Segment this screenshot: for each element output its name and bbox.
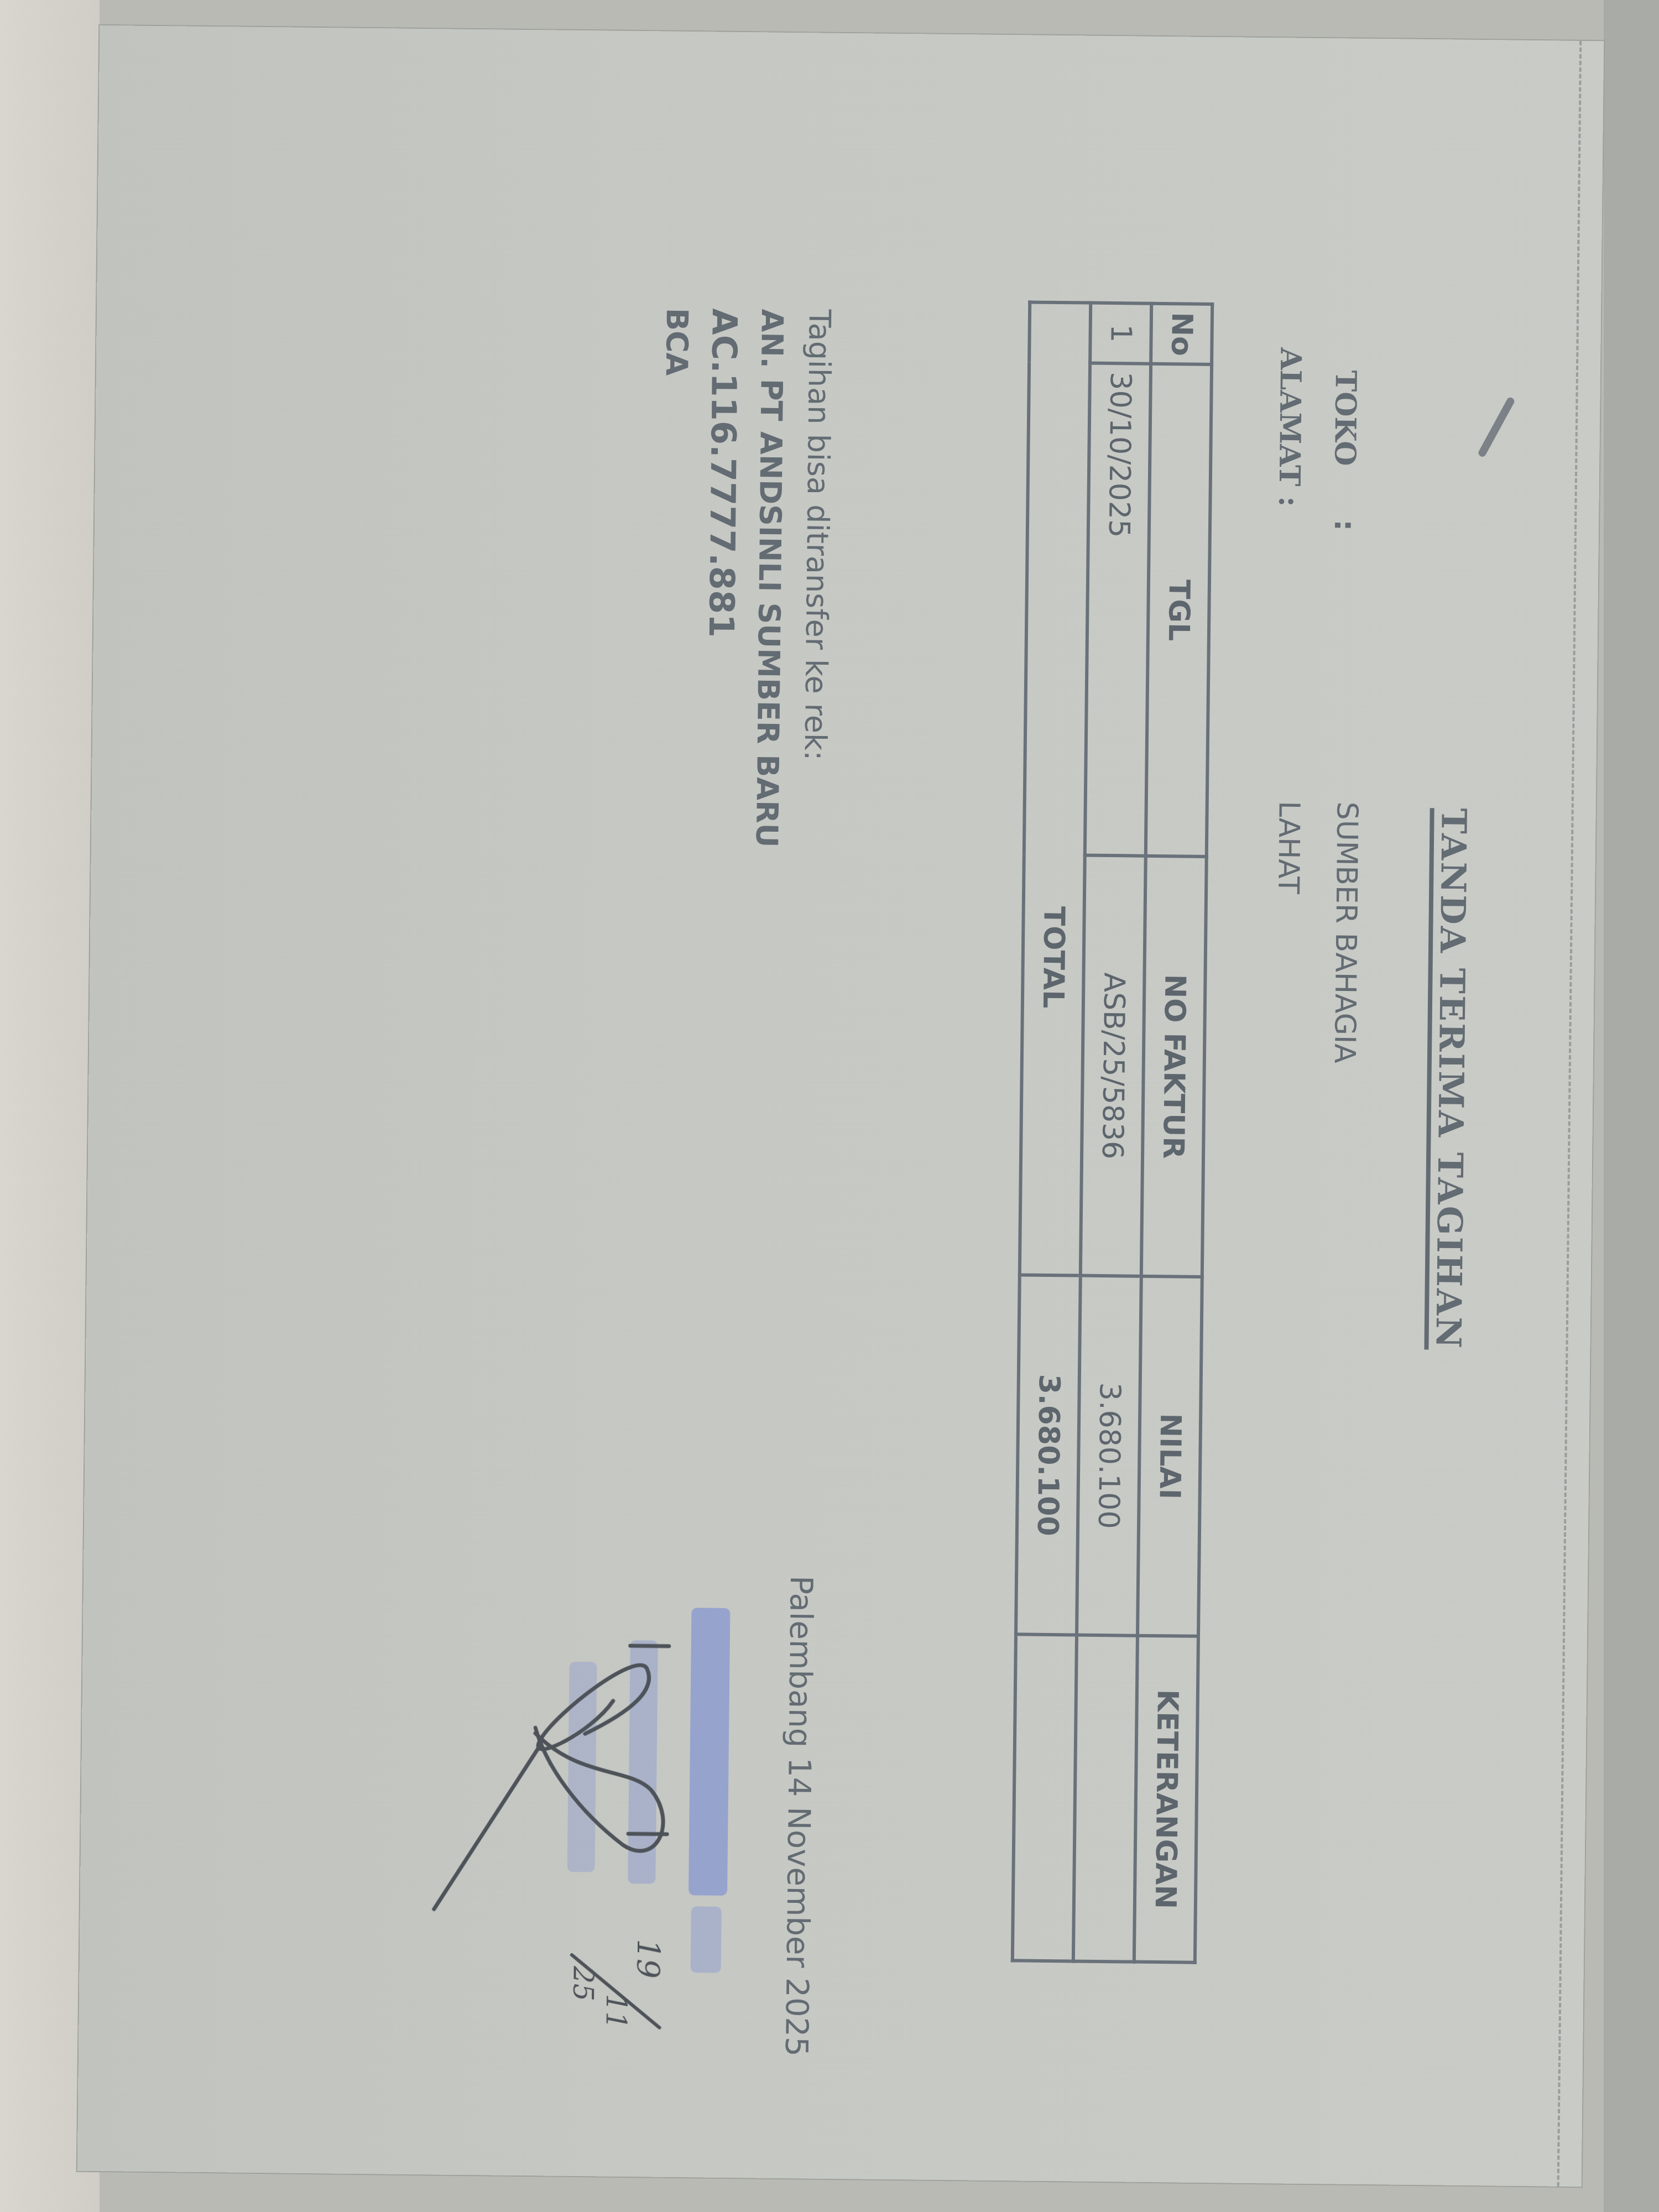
payment-account-name: AN. PT ANDSINLI SUMBER BARU — [743, 309, 796, 848]
header-keterangan: KETERANGAN — [1134, 1636, 1198, 1963]
receipt-paper: TANDA TERIMA TAGIHAN TOKO : SUMBER BAHAG… — [77, 25, 1604, 2187]
perforated-edge — [1557, 41, 1582, 2187]
alamat-label: ALAMAT : — [1272, 347, 1307, 507]
cell-nilai: 3.680.100 — [1077, 1276, 1141, 1636]
total-value: 3.680.100 — [1016, 1275, 1081, 1635]
alamat-value: LAHAT — [1271, 801, 1306, 894]
total-keterangan — [1013, 1635, 1077, 1961]
toko-colon: : — [1328, 519, 1361, 531]
toko-label: TOKO — [1328, 370, 1363, 466]
handwritten-date: 19 11 25 — [560, 1933, 671, 2044]
header-no-faktur: NO FAKTUR — [1141, 856, 1207, 1277]
place-date: Palembang 14 November 2025 — [778, 1575, 819, 2057]
toko-value: SUMBER BAHAGIA — [1328, 801, 1364, 1063]
cell-keterangan — [1073, 1635, 1138, 1962]
payment-instructions: Tagihan bisa ditransfer ke rek: AN. PT A… — [648, 307, 843, 848]
cell-tgl: 30/10/2025 — [1085, 363, 1151, 856]
payment-bank: BCA — [648, 307, 701, 847]
header-nilai: NILAI — [1138, 1276, 1202, 1636]
header-tgl: TGL — [1146, 364, 1212, 857]
cell-no: 1 — [1090, 303, 1151, 364]
handwritten-day: 19 — [629, 1939, 666, 1979]
total-label: TOTAL — [1020, 302, 1091, 1276]
document-title: TANDA TERIMA TAGIHAN — [1428, 808, 1474, 1350]
handwritten-month: 11 — [599, 1994, 632, 2030]
handwritten-year: 25 — [567, 1966, 599, 2001]
invoice-table: No TGL NO FAKTUR NILAI KETERANGAN 1 30/1… — [1011, 300, 1214, 1964]
payment-line-intro: Tagihan bisa ditransfer ke rek: — [790, 309, 843, 848]
cell-no-faktur: ASB/25/5836 — [1081, 855, 1146, 1276]
staple-icon — [1477, 396, 1516, 458]
payment-account-number: AC.116.7777.881 — [695, 308, 748, 847]
signature-icon — [422, 1599, 691, 1945]
header-no: No — [1151, 304, 1212, 364]
desk-surface-right — [1604, 0, 1659, 2212]
